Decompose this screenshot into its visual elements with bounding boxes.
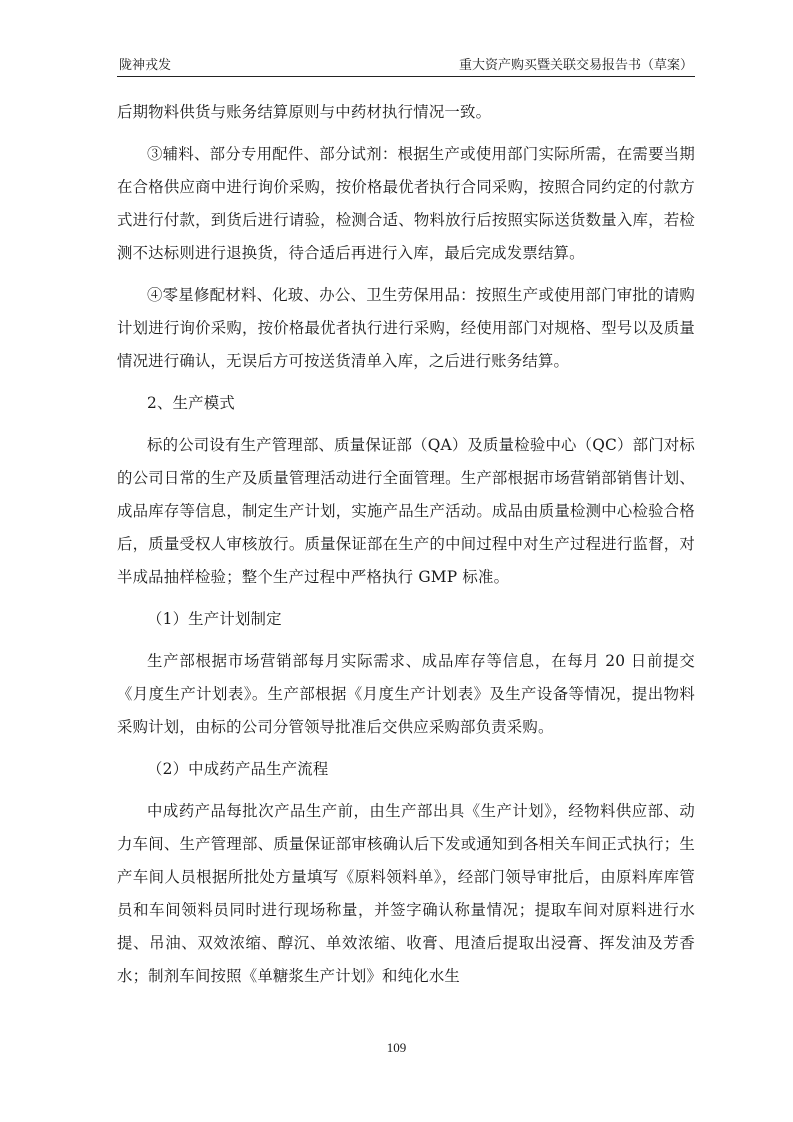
- paragraph-sundry-materials: ④零星修配材料、化玻、办公、卫生劳保用品：按照生产或使用部门审批的请购计划进行询…: [117, 279, 695, 378]
- subsection-heading-production-flow: （2）中成药产品生产流程: [117, 753, 695, 786]
- paragraph-auxiliary-materials: ③辅料、部分专用配件、部分试剂：根据生产或使用部门实际所需，在需要当期在合格供应…: [117, 138, 695, 270]
- subsection-heading-production-plan: （1）生产计划制定: [117, 603, 695, 636]
- header-document-title: 重大资产购买暨关联交易报告书（草案）: [459, 54, 693, 73]
- page-number: 109: [0, 1040, 793, 1056]
- paragraph-settlement: 后期物料供货与账务结算原则与中药材执行情况一致。: [117, 96, 695, 129]
- paragraph-production-flow: 中成药产品每批次产品生产前，由生产部出具《生产计划》，经物料供应部、动力车间、生…: [117, 795, 695, 993]
- paragraph-production-plan: 生产部根据市场营销部每月实际需求、成品库存等信息，在每月 20 日前提交《月度生…: [117, 645, 695, 744]
- section-heading-production-mode: 2、生产模式: [117, 387, 695, 420]
- page-header: 陇神戎发 重大资产购买暨关联交易报告书（草案）: [117, 52, 695, 77]
- paragraph-production-management: 标的公司设有生产管理部、质量保证部（QA）及质量检验中心（QC）部门对标的公司日…: [117, 429, 695, 594]
- header-company-name: 陇神戎发: [119, 54, 171, 73]
- document-body: 后期物料供货与账务结算原则与中药材执行情况一致。 ③辅料、部分专用配件、部分试剂…: [117, 96, 695, 1002]
